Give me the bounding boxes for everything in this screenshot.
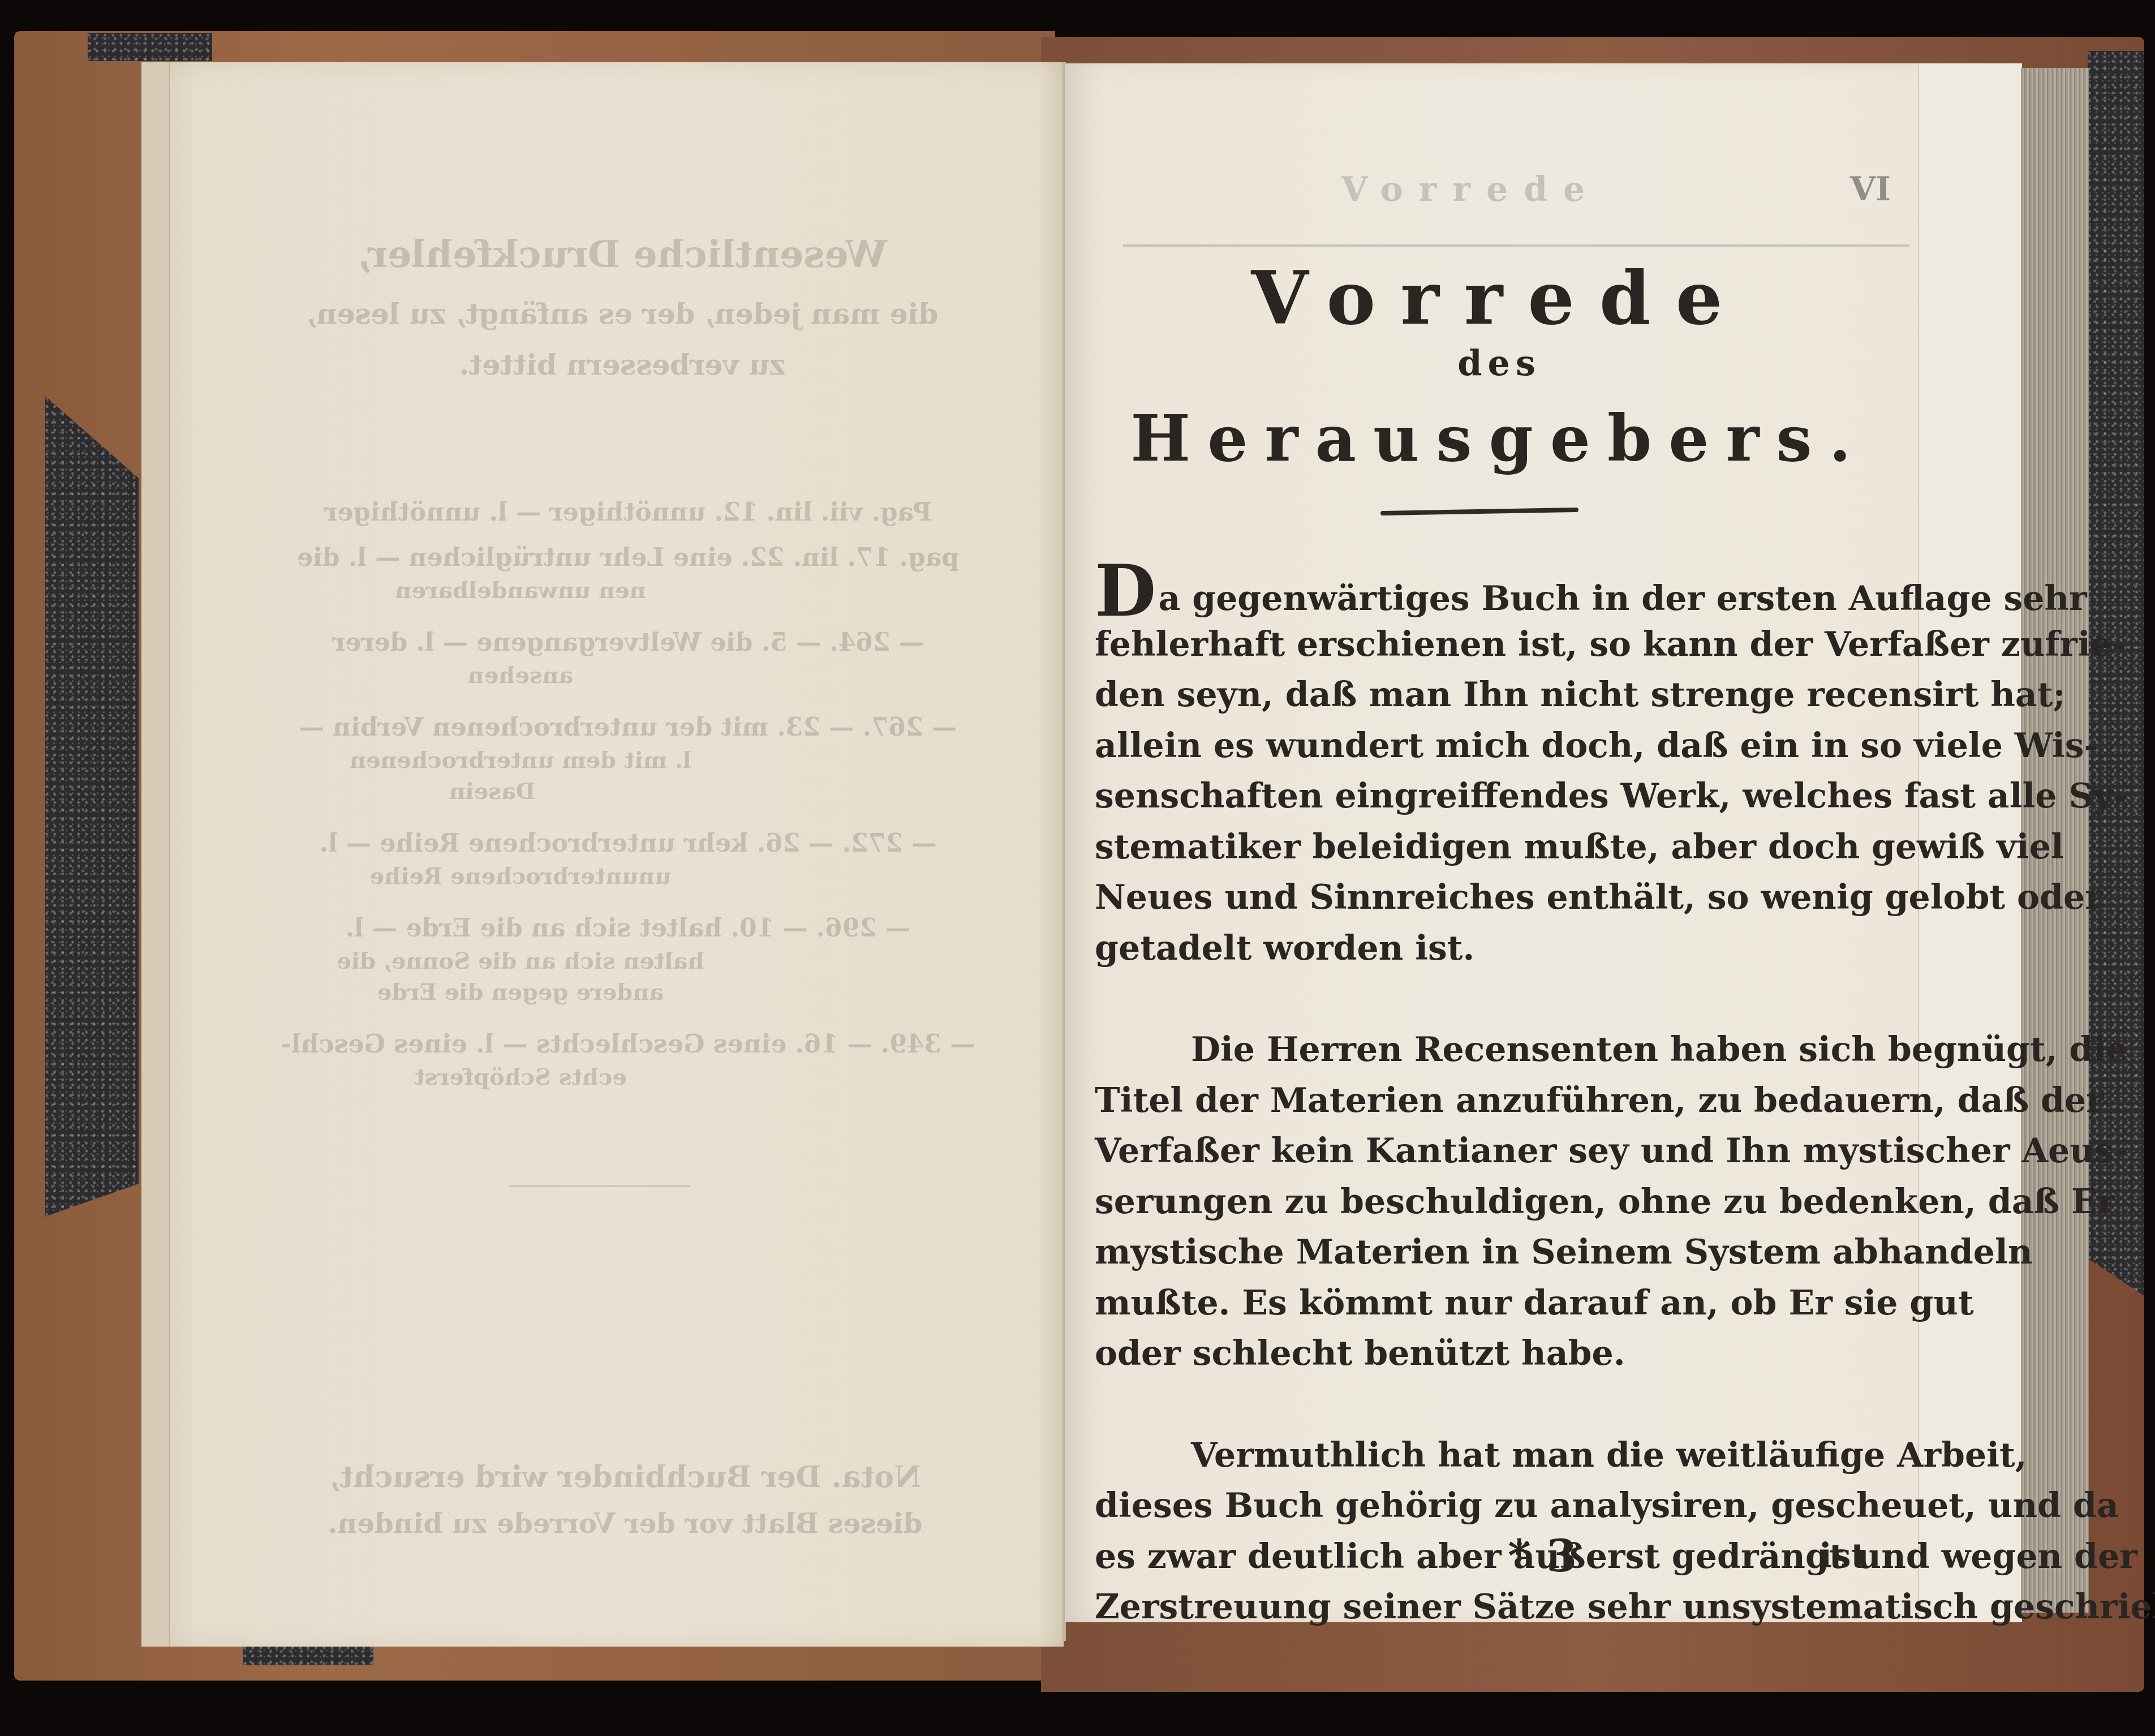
text-line: dieses Buch gehörig zu analysiren, gesch… [1095, 1481, 1892, 1532]
page-number: VI [1850, 170, 1891, 208]
left-ghost-subheading-1: die man jeden, der es anfängt, zu lesen, [255, 297, 990, 330]
left-page-stub [141, 62, 170, 1647]
text-line: Neues und Sinnreiches enthält, so wenig … [1095, 873, 1892, 923]
left-ghost-note-1: Nota. Der Buchbinder wird ersucht, [215, 1460, 1035, 1494]
errata-entry: l. mit dem unterbrochenen [238, 747, 803, 774]
left-cover-marbled-paper [45, 396, 139, 1217]
text-line: es zwar deutlich aber äußerst gedrängt u… [1095, 1532, 1892, 1583]
errata-entry: halten sich an die Sonne, die [238, 948, 803, 974]
spine-top-marbled-paper [88, 33, 212, 61]
text-line: Vermuthlich hat man die weitläufige Arbe… [1095, 1430, 1892, 1481]
chapter-title: Vorrede [1103, 255, 1895, 341]
text-line: getadelt worden ist. [1095, 923, 1892, 974]
errata-entry: — 267. — 23. mit der unterbrochenen Verb… [238, 713, 1018, 742]
errata-entry: nen unwandelbaren [238, 577, 803, 604]
text-line: oder schlecht benützt habe. [1095, 1329, 1892, 1380]
errata-entry: — 296. — 10. haltet sich an die Erde — l… [238, 914, 1018, 943]
body-text: Da gegenwärtiges Buch in der ersten Aufl… [1095, 569, 1892, 1633]
left-ghost-note-2: dieses Blatt vor der Vorrede zu binden. [215, 1508, 1035, 1540]
left-ghost-heading: Wesentliche Druckfehler, [255, 232, 990, 276]
errata-entry: — 264. — 5. die Weltvergangene — l. dere… [238, 628, 1018, 657]
errata-entry: Dasein [238, 778, 747, 805]
text-line: Verfaßer kein Kantianer sey und Ihn myst… [1095, 1126, 1892, 1177]
errata-entry: Pag. vii. lin. 12. unnöthiger — l. unnöt… [238, 498, 1018, 527]
left-ghost-subheading-2: zu verbessern bittet. [255, 348, 990, 381]
catchword: ist [1819, 1536, 1866, 1576]
running-head: Vorrede [1132, 170, 1810, 209]
text-line: serungen zu beschuldigen, ohne zu bedenk… [1095, 1177, 1892, 1228]
text-line: fehlerhaft erschienen ist, so kann der V… [1095, 620, 1892, 671]
errata-entry: — 272. — 26. kehr unterbrochene Reihe — … [238, 829, 1018, 858]
errata-entry: — 349. — 16. eines Geschlechts — l. eine… [238, 1030, 1018, 1059]
text-line: stematiker beleidigen mußte, aber doch g… [1095, 822, 1892, 873]
text-line: mystische Materien in Seinem System abha… [1095, 1227, 1892, 1278]
text-line: Zerstreuung seiner Sätze sehr unsystemat… [1095, 1582, 1892, 1633]
text-line: senschaften eingreiffendes Werk, welches… [1095, 771, 1892, 822]
spine-bottom-marbled-paper [243, 1645, 373, 1665]
errata-entry: echts Schöpferst [238, 1064, 803, 1090]
signature-mark: * 3 [1508, 1531, 1577, 1582]
chapter-title-line-2: Herausgebers. [1103, 402, 1895, 476]
text-line: allein es wundert mich doch, daß ein in … [1095, 721, 1892, 772]
chapter-subtitle: des [1103, 342, 1895, 384]
text-line: Die Herren Recensenten haben sich begnüg… [1095, 1025, 1892, 1076]
errata-entry: ununterbrochene Reihe [238, 863, 803, 890]
drop-cap: D [1095, 569, 1156, 614]
header-rule [1123, 244, 1909, 247]
left-ghost-rule [509, 1185, 690, 1187]
text-line: Da gegenwärtiges Buch in der ersten Aufl… [1095, 569, 1892, 620]
errata-entry: ansehen [238, 662, 803, 689]
errata-entry: andere gegen die Erde [238, 979, 803, 1005]
text-line: mußte. Es kömmt nur darauf an, ob Er sie… [1095, 1278, 1892, 1329]
errata-entry: pag. 17. lin. 22. eine Lehr untrüglichen… [238, 543, 1018, 572]
text-line: Titel der Materien anzuführen, zu bedaue… [1095, 1076, 1892, 1127]
text-line: den seyn, daß man Ihn nicht strenge rece… [1095, 670, 1892, 721]
